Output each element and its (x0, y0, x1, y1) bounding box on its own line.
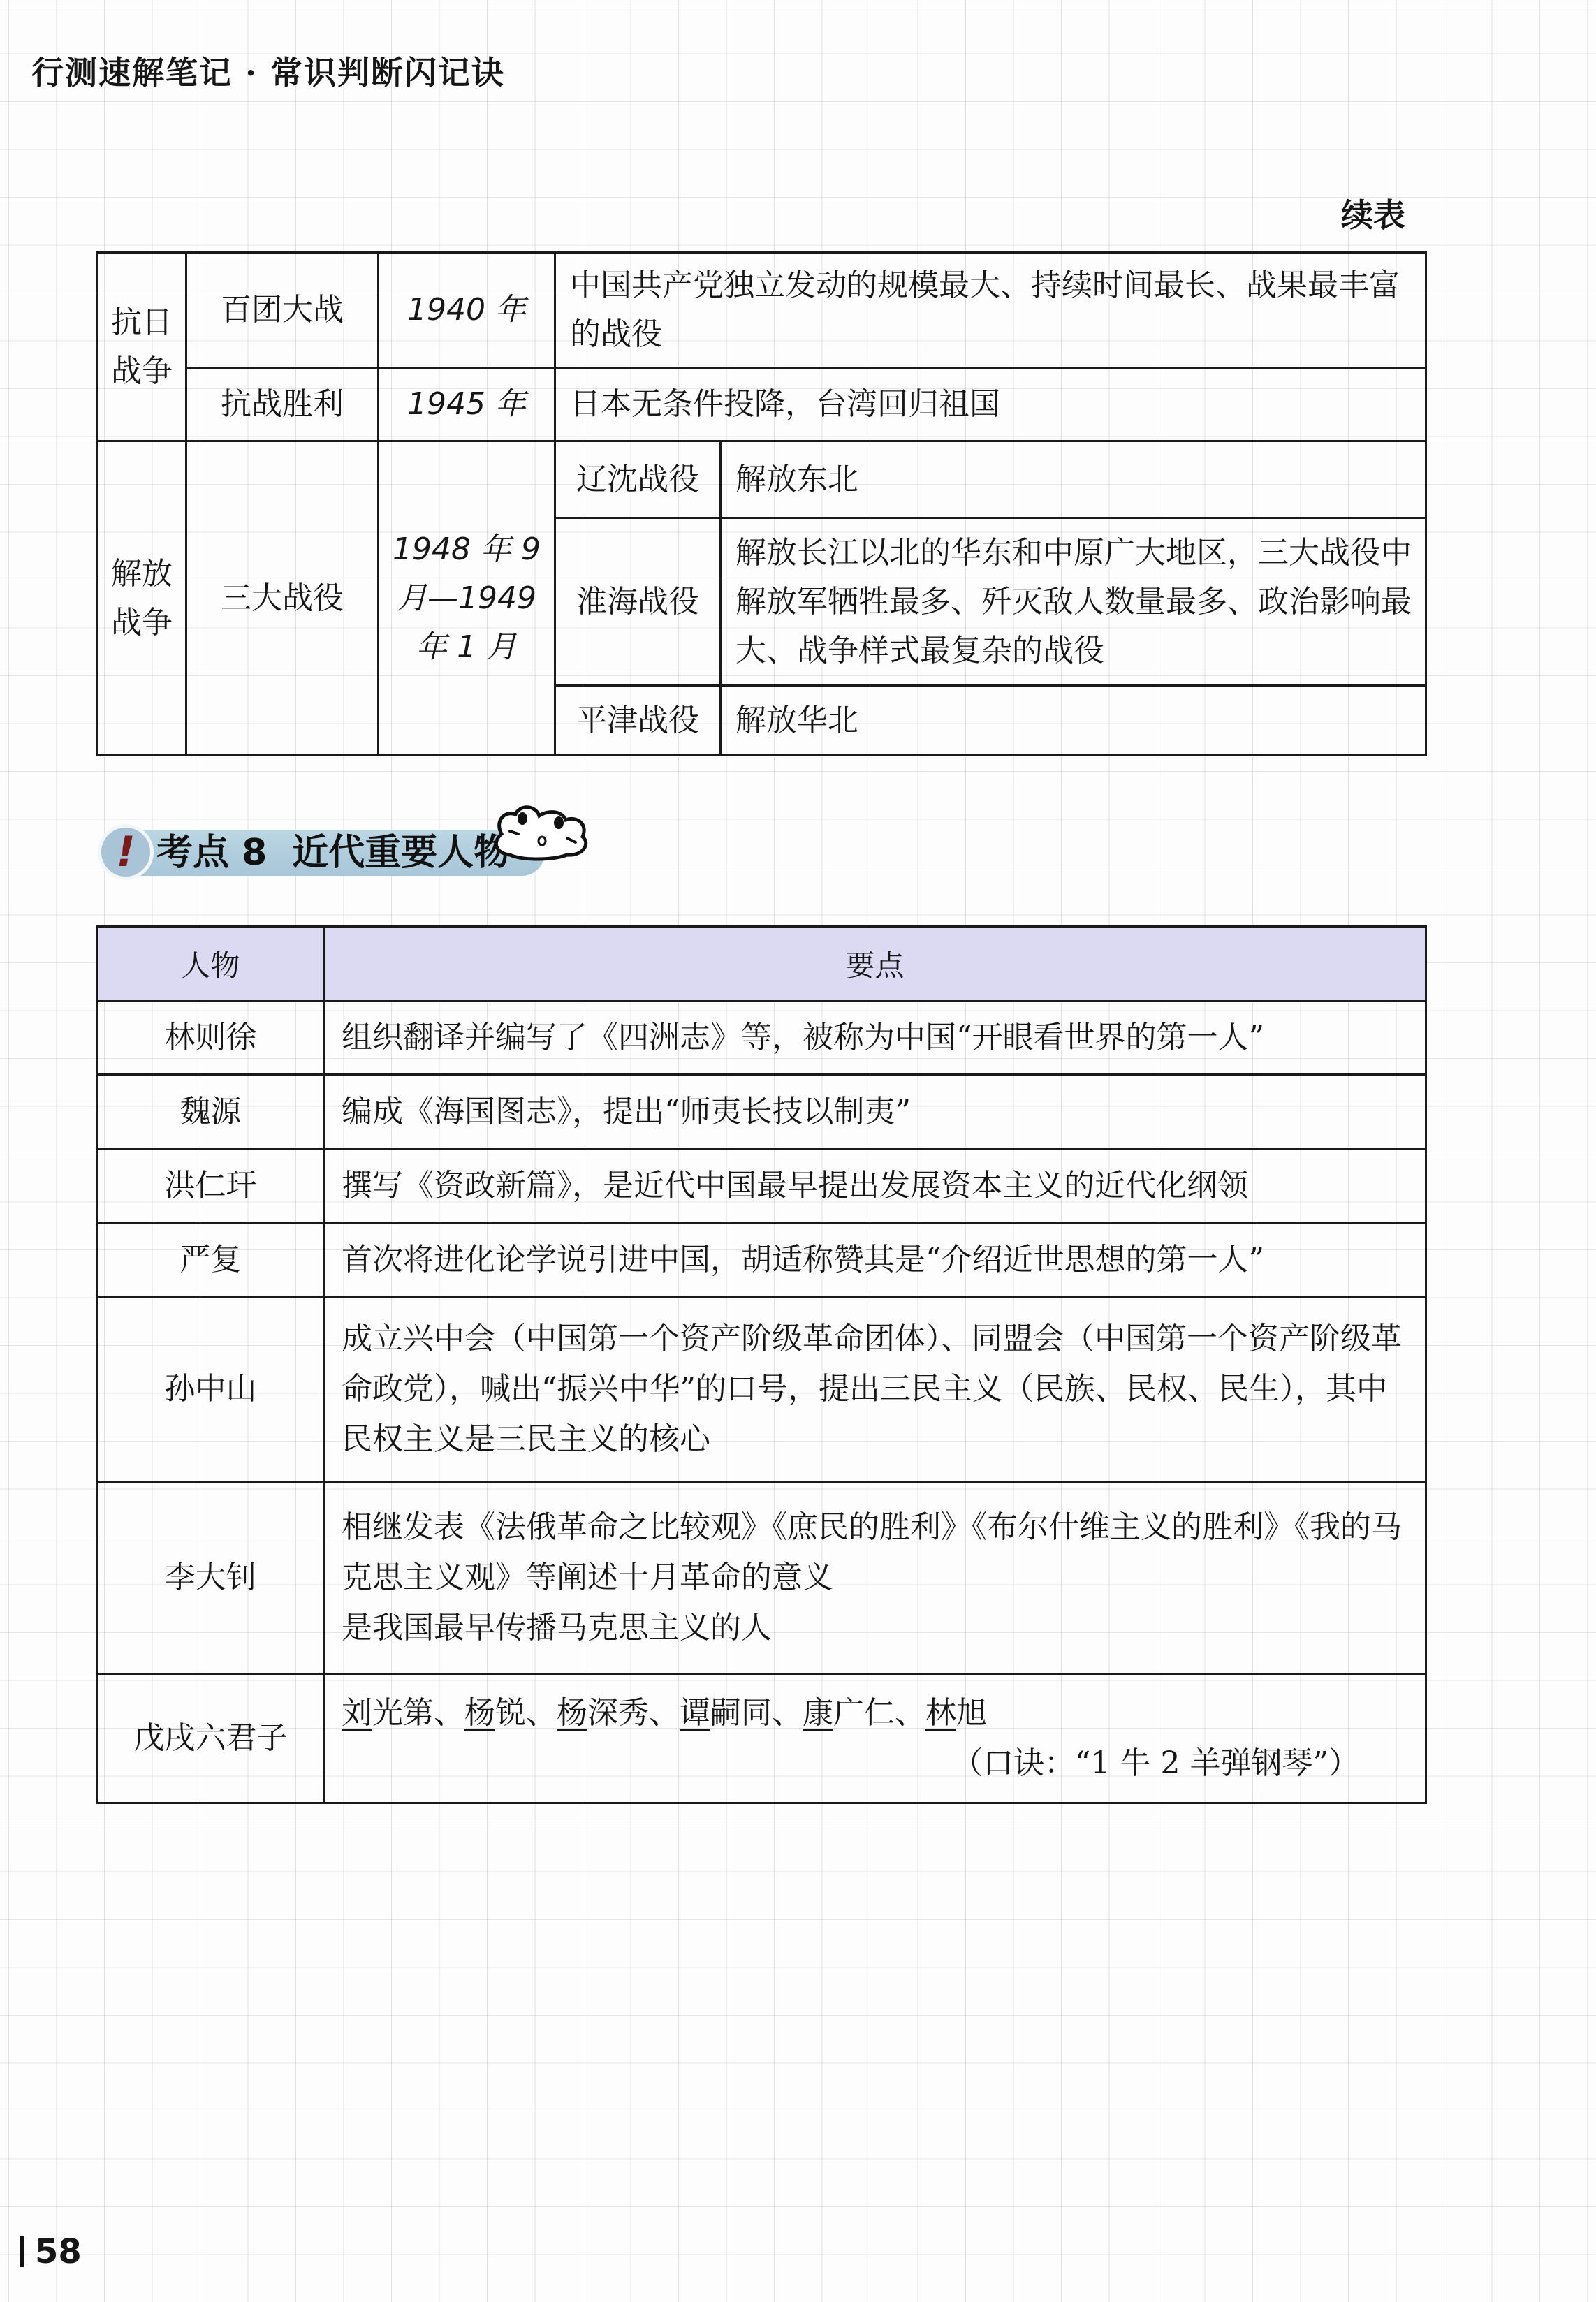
event-cell: 百团大战 (186, 253, 379, 368)
column-header-points: 要点 (324, 927, 1426, 1002)
column-header-figure: 人物 (98, 927, 324, 1002)
table-row: 魏源 编成《海国图志》，提出“师夷长技以制夷” (98, 1075, 1426, 1149)
war-label: 抗日 战争 (98, 253, 186, 441)
campaign-desc: 解放长江以北的华东和中原广大地区，三大战役中解放军牺牲最多、歼灭敌人数量最多、政… (721, 518, 1426, 686)
table-header-row: 人物 要点 (98, 927, 1426, 1002)
figure-name: 洪仁玕 (98, 1149, 324, 1224)
figure-points: 撰写《资政新篇》，是近代中国最早提出发展资本主义的近代化纲领 (324, 1149, 1426, 1224)
figure-points: 编成《海国图志》，提出“师夷长技以制夷” (324, 1075, 1426, 1149)
figure-points: 首次将进化论学说引进中国，胡适称赞其是“介绍近世思想的第一人” (324, 1224, 1426, 1297)
table-row: 戊戌六君子 刘光第、杨锐、杨深秀、谭嗣同、康广仁、林旭 （口诀：“1 牛 2 羊… (98, 1674, 1426, 1803)
figure-points: 刘光第、杨锐、杨深秀、谭嗣同、康广仁、林旭 （口诀：“1 牛 2 羊弹钢琴”） (324, 1674, 1426, 1803)
figures-table: 人物 要点 林则徐 组织翻译并编写了《四洲志》等，被称为中国“开眼看世界的第一人… (96, 925, 1427, 1804)
table-row: 洪仁玕 撰写《资政新篇》，是近代中国最早提出发展资本主义的近代化纲领 (98, 1149, 1426, 1224)
figure-name: 李大钊 (98, 1482, 324, 1674)
year-cell: 1940 年 (379, 253, 555, 368)
table-row: 抗日 战争 百团大战 1940 年 中国共产党独立发动的规模最大、持续时间最长、… (98, 253, 1426, 368)
desc-cell: 日本无条件投降，台湾回归祖国 (555, 368, 1426, 441)
war-label: 解放 战争 (98, 441, 186, 756)
continued-table-label: 续表 (1341, 190, 1405, 236)
campaign-desc: 解放东北 (721, 441, 1426, 518)
figure-points: 相继发表《法俄革命之比较观》《庶民的胜利》《布尔什维主义的胜利》《我的马克思主义… (324, 1482, 1426, 1674)
exclamation-icon: ! (98, 824, 154, 880)
event-cell: 抗战胜利 (186, 368, 379, 441)
page-number: 58 (20, 2232, 82, 2271)
year-cell: 1945 年 (379, 368, 555, 441)
figure-name: 魏源 (98, 1075, 324, 1149)
table-row: 严复 首次将进化论学说引进中国，胡适称赞其是“介绍近世思想的第一人” (98, 1224, 1426, 1297)
figure-points: 组织翻译并编写了《四洲志》等，被称为中国“开眼看世界的第一人” (324, 1002, 1426, 1075)
figure-name: 严复 (98, 1224, 324, 1297)
figure-points: 成立兴中会（中国第一个资产阶级革命团体）、同盟会（中国第一个资产阶级革命政党），… (324, 1297, 1426, 1482)
campaign-name: 平津战役 (555, 686, 721, 756)
page-number-bar (20, 2236, 24, 2267)
figure-name: 林则徐 (98, 1002, 324, 1075)
six-gentlemen-list: 刘光第、杨锐、杨深秀、谭嗣同、康广仁、林旭 (342, 1688, 1415, 1738)
table-row: 解放 战争 三大战役 1948 年 9 月—1949 年 1 月 辽沈战役 解放… (98, 441, 1426, 518)
battles-table: 抗日 战争 百团大战 1940 年 中国共产党独立发动的规模最大、持续时间最长、… (96, 251, 1427, 756)
figure-name: 戊戌六君子 (98, 1674, 324, 1803)
frog-mascot-icon (489, 800, 594, 862)
section-title: 考点 8近代重要人物 (156, 828, 510, 877)
table-row: 林则徐 组织翻译并编写了《四洲志》等，被称为中国“开眼看世界的第一人” (98, 1002, 1426, 1075)
campaign-name: 辽沈战役 (555, 441, 721, 518)
campaign-name: 淮海战役 (555, 518, 721, 686)
campaign-desc: 解放华北 (721, 686, 1426, 756)
running-head: 行测速解笔记 · 常识判断闪记诀 (31, 47, 505, 94)
event-cell: 三大战役 (186, 441, 379, 756)
table-row: 孙中山 成立兴中会（中国第一个资产阶级革命团体）、同盟会（中国第一个资产阶级革命… (98, 1297, 1426, 1482)
mnemonic: （口诀：“1 牛 2 羊弹钢琴”） (342, 1738, 1415, 1789)
year-cell: 1948 年 9 月—1949 年 1 月 (379, 441, 555, 756)
figure-name: 孙中山 (98, 1297, 324, 1482)
desc-cell: 中国共产党独立发动的规模最大、持续时间最长、战果最丰富的战役 (555, 253, 1426, 368)
table-row: 抗战胜利 1945 年 日本无条件投降，台湾回归祖国 (98, 368, 1426, 441)
table-row: 李大钊 相继发表《法俄革命之比较观》《庶民的胜利》《布尔什维主义的胜利》《我的马… (98, 1482, 1426, 1674)
